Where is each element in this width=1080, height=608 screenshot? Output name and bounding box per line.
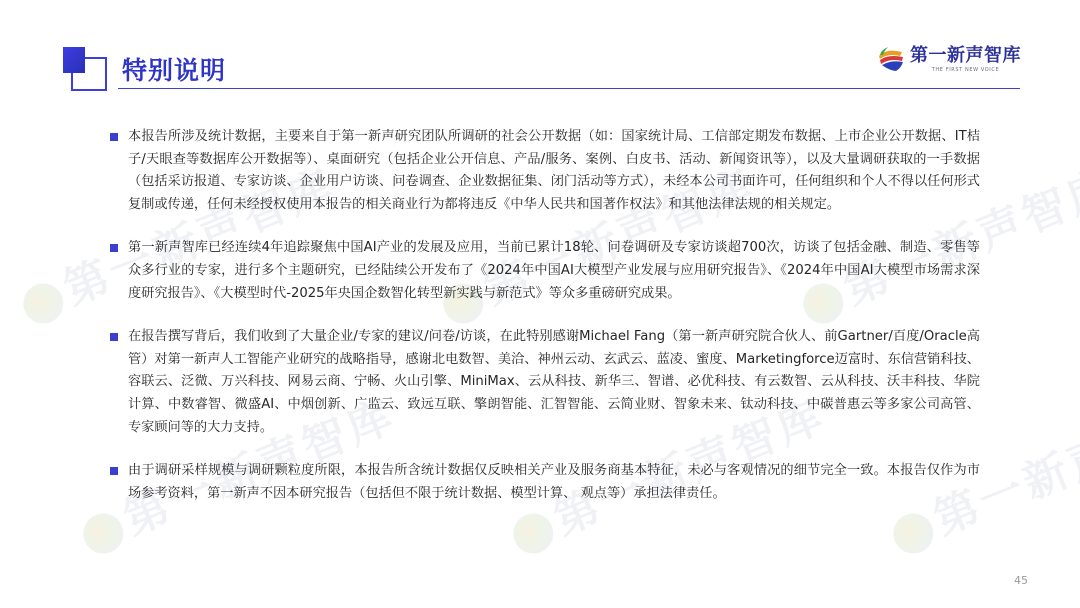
notice-text: 由于调研采样规模与调研颗粒度所限，本报告所含统计数据仅反映相关产业及服务商基本特… (128, 463, 980, 501)
square-bullet-icon (110, 333, 118, 341)
notice-item: 由于调研采样规模与调研颗粒度所限，本报告所含统计数据仅反映相关产业及服务商基本特… (110, 460, 980, 505)
brand-logo: 第一新声智库 THE FIRST NEW VOICE (876, 44, 1021, 74)
notice-item: 第一新声智库已经连续4年追踪聚焦中国AI产业的发展及应用，当前已累计18轮、问卷… (110, 237, 980, 305)
notice-text: 在报告撰写背后，我们收到了大量企业/专家的建议/问卷/访谈，在此特别感谢Mich… (128, 329, 980, 434)
square-bullet-icon (110, 467, 118, 475)
square-bullet-icon (110, 244, 118, 252)
logo-name-cn: 第一新声智库 (910, 45, 1021, 67)
notice-text: 第一新声智库已经连续4年追踪聚焦中国AI产业的发展及应用，当前已累计18轮、问卷… (128, 240, 980, 300)
notice-text: 本报告所涉及统计数据，主要来自于第一新声研究团队所调研的社会公开数据（如：国家统… (128, 129, 980, 212)
notice-list: 本报告所涉及统计数据，主要来自于第一新声研究团队所调研的社会公开数据（如：国家统… (110, 126, 980, 526)
page-number: 45 (1014, 574, 1028, 587)
logo-name-en: THE FIRST NEW VOICE (932, 67, 999, 74)
notice-item: 本报告所涉及统计数据，主要来自于第一新声研究团队所调研的社会公开数据（如：国家统… (110, 126, 980, 216)
logo-mark-icon (876, 44, 906, 74)
title-divider (118, 88, 1020, 89)
square-bullet-icon (110, 133, 118, 141)
page-title: 特别说明 (122, 56, 226, 86)
slide: 第一新声智库 第一新声智库 第一新声智库 第一新声智库 第一新声智库 第一新声智… (0, 0, 1080, 608)
title-decoration-icon (63, 47, 109, 91)
notice-item: 在报告撰写背后，我们收到了大量企业/专家的建议/问卷/访谈，在此特别感谢Mich… (110, 326, 980, 439)
